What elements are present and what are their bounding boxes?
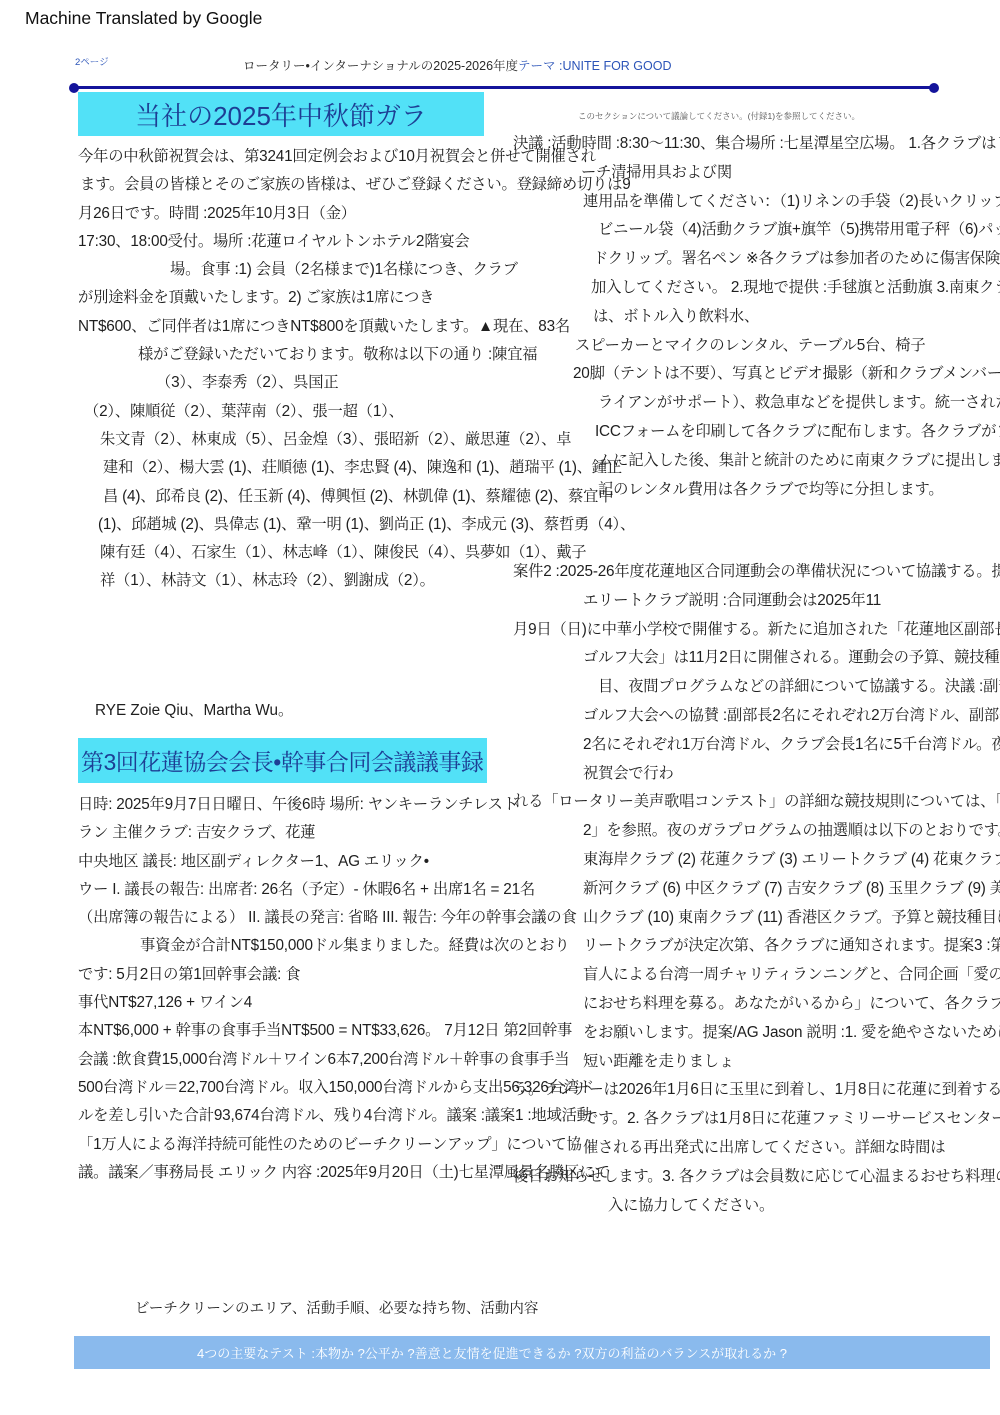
text-line: 加入してください。 2.現地で提供 :手毬旗と活動旗 3.南東クラブ [591, 274, 993, 303]
meeting-minutes-paragraph: 日時: 2025年9月7日日曜日、午後6時 場所: ヤンキーランチレスト ラン … [78, 791, 488, 1187]
header-divider-line [70, 86, 938, 89]
text-line: （2）、陳順従（2）、葉萍南（2）、張一超（1）、 [84, 398, 488, 426]
text-line: 盲人による台湾一周チャリティランニングと、合同企画「愛のため [583, 961, 993, 990]
machine-translated-watermark: Machine Translated by Google [25, 8, 262, 29]
text-line: ドクリップ。署名ペン ※各クラブは参加者のために傷害保険に [593, 245, 993, 274]
text-line: 新河クラブ (6) 中区クラブ (7) 吉安クラブ (8) 玉里クラブ (9) … [583, 875, 993, 904]
text-line: におせち料理を募る。あなたがいるから」について、各クラブの協力 [583, 990, 993, 1019]
text-line: 東海岸クラブ (2) 花蓮クラブ (3) エリートクラブ (4) 花東クラブ (… [583, 846, 993, 875]
text-line: エリートクラブ説明 :合同運動会は2025年11 [583, 587, 993, 616]
text-line: です: 5月2日の第1回幹事会議: 食 [78, 961, 488, 989]
text-line: 場。食事 :1) 会員（2名様まで)1名様につき、クラブ [170, 256, 488, 284]
section-title-meeting-minutes-text: 第3回花蓮協会会長•幹事合同会議議事録 [81, 744, 483, 777]
text-line: 記のレンタル費用は各クラブで均等に分担します。 [598, 476, 993, 505]
four-way-test-footer: 4つの主要なテスト :本物か ?公平か ?善意と友情を促進できるか ?双方の利益… [74, 1336, 990, 1369]
text-line: 昌 (4)、邱希良 (2)、任玉新 (4)、傅興恒 (2)、林凱偉 (1)、蔡耀… [103, 483, 488, 511]
header-title-plain: ロータリー•インターナショナルの2025-2026年度 [243, 59, 518, 73]
text-line: 「1万人による海洋持続可能性のためのビーチクリーンアップ」について協 [78, 1131, 488, 1159]
text-line: れる「ロータリー美声歌唱コンテスト」の詳細な競技規則については、「付録 [513, 788, 993, 817]
text-line: です。2. 各クラブは1月8日に花蓮ファミリーサービスセンターで開 [583, 1105, 993, 1134]
text-line: 2名にそれぞれ1万台湾ドル、クラブ会長1名に5千台湾ドル。夜間 [583, 731, 993, 760]
text-line: 月9日（日)に中華小学校で開催する。新たに追加された「花蓮地区副部長杯 [513, 616, 993, 645]
text-line: （3）、李泰秀（2）、呉国正 [156, 369, 488, 397]
case2-paragraph: 案件2 :2025-26年度花蓮地区合同運動会の準備状況について協議する。提案／… [513, 558, 993, 1220]
text-line: 連用品を準備してください：（1)リネンの手袋（2)長いクリップ（3) [583, 188, 993, 217]
text-line: （出席簿の報告による） II. 議長の発言: 省略 III. 報告: 今年の幹事… [78, 904, 488, 932]
four-way-test-text: 4つの主要なテスト :本物か ?公平か ?善意と友情を促進できるか ?双方の利益… [197, 1343, 787, 1362]
text-line: は、ボトル入り飲料水、 [593, 303, 993, 332]
text-line: が別途料金を頂戴いたします。2) ご家族は1席につき [78, 284, 488, 312]
text-line: ルを差し引いた合計93,674台湾ドル、残り4台湾ドル。議案 :議案1 :地域活… [78, 1102, 488, 1130]
page-number-label: 2ページ [75, 54, 109, 68]
text-line: 事資金が合計NT$150,000ドル集まりました。経費は次のとおり [140, 932, 488, 960]
text-line: 建和（2）、楊大雲 (1)、荘順徳 (1)、李忠賢 (4)、陳逸和 (1)、趙瑞… [103, 454, 488, 482]
text-line: 会議 :飲食費15,000台湾ドル＋ワイン6本7,200台湾ドル＋幹事の食事手当 [78, 1046, 488, 1074]
text-line: ムに記入した後、集計と統計のために南東クラブに提出します。上 [598, 447, 993, 476]
text-line: 祥（1）、林詩文（1）、林志玲（2）、劉謝成（2）。 [100, 567, 488, 595]
text-line: 今年の中秋節祝賀会は、第3241回定例会および10月祝賀会と併せて開催され [78, 143, 488, 171]
section-title-gala: 当社の2025年中秋節ガラ [78, 92, 484, 136]
resolution-paragraph: 決議 :活動時間 :8:30～11:30、集合場所 :七星潭星空広場。 1.各ク… [513, 130, 993, 504]
header-title-theme: テーマ :UNITE FOR GOOD [518, 59, 671, 73]
text-line: 入に協力してください。 [608, 1192, 993, 1221]
text-line: 月26日です。時間 :2025年10月3日（金） [78, 200, 488, 228]
text-line: をお願いします。提案/AG Jason 説明 :1. 愛を絶やさないために、 [583, 1019, 993, 1048]
text-line: ます。会員の皆様とそのご家族の皆様は、ぜひご登録ください。登録締め切りは9 [80, 171, 488, 199]
text-line: 目、夜間プログラムなどの詳細について協議する。決議 :副部長杯 [598, 673, 993, 702]
text-line: 17:30、18:00受付。場所 :花蓮ロイヤルトンホテル2階宴会 [78, 228, 488, 256]
text-line: ゴルフ大会への協賛 :副部長2名にそれぞれ2万台湾ドル、副部長 [583, 702, 993, 731]
text-line: ゴルフ大会」は11月2日に開催される。運動会の予算、競技種 [583, 644, 993, 673]
text-line: ICCフォームを印刷して各クラブに配布します。各クラブがフォー [595, 418, 993, 447]
text-line: 案件2 :2025-26年度花蓮地区合同運動会の準備状況について協議する。提案／ [513, 558, 993, 587]
document-header-title: ロータリー•インターナショナルの2025-2026年度テーマ :UNITE FO… [243, 56, 672, 74]
beach-clean-caption: ビーチクリーンのエリア、活動手順、必要な持ち物、活動内容 [135, 1297, 538, 1318]
text-line: (1)、邱趙城 (2)、呉偉志 (1)、鞏一明 (1)、劉尚正 (1)、李成元 … [98, 511, 488, 539]
section-title-gala-text: 当社の2025年中秋節ガラ [135, 96, 427, 133]
text-line: 中央地区 議長: 地区副ディレクター1、AG エリック• [78, 848, 488, 876]
text-line: 500台湾ドル＝22,700台湾ドル。収入150,000台湾ドルから支出56,3… [78, 1074, 488, 1102]
text-line: スピーカーとマイクのレンタル、テーブル5台、椅子 [575, 332, 993, 361]
section-title-meeting-minutes: 第3回花蓮協会会長•幹事合同会議議事録 [78, 738, 487, 783]
text-line: 2」を参照。夜のガラプログラムの抽選順は以下のとおりです。(1) [583, 817, 993, 846]
text-line: 本NT$6,000 + 幹事の食事手当NT$500 = NT$33,626。 7… [78, 1017, 488, 1045]
text-line: ライアンがサポート）、救急車などを提供します。統一された [598, 389, 993, 418]
text-line: 様がご登録いただいております。敬称は以下の通り :陳宜福 [138, 341, 488, 369]
text-line: ーチ清掃用具および関 [581, 159, 993, 188]
text-line: う。ランナーは2026年1月6日に玉里に到着し、1月8日に花蓮に到着する予定 [513, 1076, 993, 1105]
rye-credit-line: RYE Zoie Qiu、Martha Wu。 [95, 698, 293, 720]
text-line: 議。議案／事務局長 エリック 内容 :2025年9月20日（土)七星潭風景名勝区… [78, 1159, 488, 1187]
document-page: { "watermark": "Machine Translated by Go… [0, 0, 1000, 1415]
text-line: 祝賀会で行わ [583, 760, 993, 789]
text-line: ラン 主催クラブ: 吉安クラブ、花蓮 [78, 819, 488, 847]
text-line: ビニール袋（4)活動クラブ旗+旗竿（5)携帯用電子秤（6)パッ [598, 216, 993, 245]
text-line: 朱文青（2）、林東成（5）、呂金煌（3）、張昭新（2）、厳思蓮（2）、卓 [100, 426, 488, 454]
text-line: ウー I. 議長の報告: 出席者: 26名（予定）- 休暇6名 + 出席1名 =… [78, 876, 488, 904]
appendix-note: このセクションについて議論してください。(付録1)を参照してください。 [578, 110, 860, 122]
text-line: 事代NT$27,126 + ワイン4 [78, 989, 488, 1017]
text-line: 後日お知らせします。3. 各クラブは会員数に応じて心温まるおせち料理の購 [513, 1163, 993, 1192]
gala-paragraph: 今年の中秋節祝賀会は、第3241回定例会および10月祝賀会と併せて開催され ます… [78, 143, 488, 596]
text-line: リートクラブが決定次第、各クラブに通知されます。提案3 :第9回 [583, 932, 993, 961]
text-line: 日時: 2025年9月7日日曜日、午後6時 場所: ヤンキーランチレスト [78, 791, 488, 819]
text-line: 短い距離を走りましょ [583, 1048, 993, 1077]
text-line: 決議 :活動時間 :8:30～11:30、集合場所 :七星潭星空広場。 1.各ク… [513, 130, 993, 159]
text-line: 20脚（テントは不要）、写真とビデオ撮影（新和クラブメンバーの [573, 360, 993, 389]
text-line: 陳有廷（4）、石家生（1）、林志峰（1）、陳俊民（4）、呉夢如（1）、戴子 [100, 539, 488, 567]
text-line: 催される再出発式に出席してください。詳細な時間は [583, 1134, 993, 1163]
text-line: 山クラブ (10) 東南クラブ (11) 香港区クラブ。予算と競技種目は、エ [583, 904, 993, 933]
text-line: NT$600、ご同伴者は1席につきNT$800を頂戴いたします。▲現在、83名 [78, 313, 488, 341]
